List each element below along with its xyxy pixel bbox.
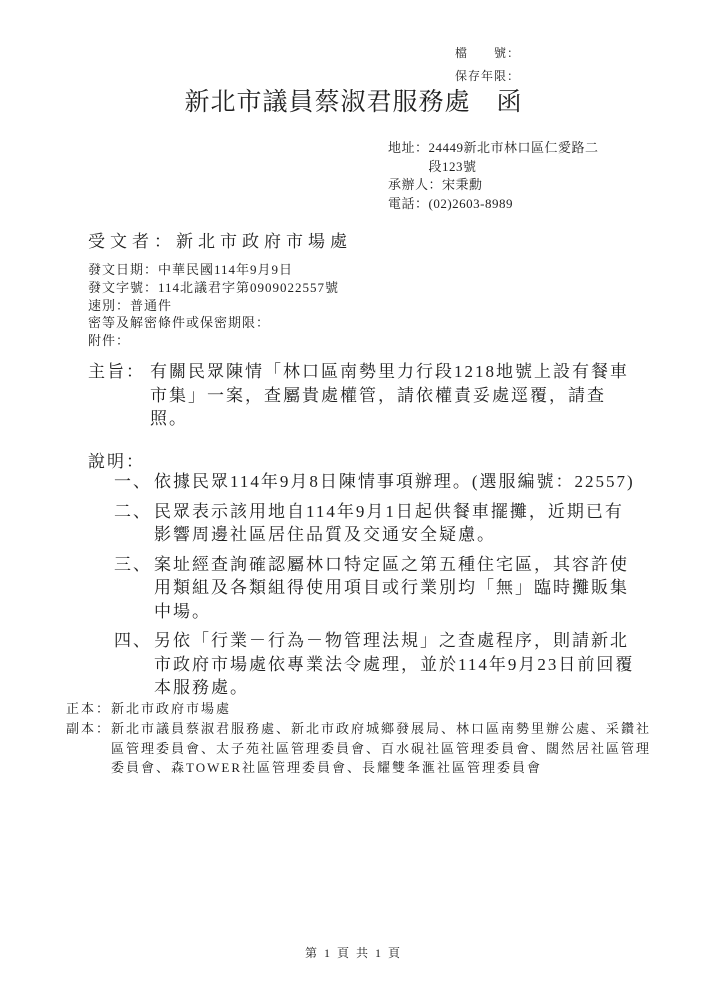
distribution-block: 正本： 新北市政府市場處 副本： 新北市議員蔡淑君服務處、新北市政府城鄉發展局、… <box>66 699 651 778</box>
item-4-text: 另依「行業－行為－物管理法規」之查處程序，則請新北市政府市場處依專業法令處理，並… <box>154 629 638 700</box>
document-meta-block: 發文日期： 中華民國114年9月9日 發文字號： 114北議君字第0909022… <box>88 261 339 350</box>
recipient-value: 新北市政府市場處 <box>176 227 352 252</box>
document-title: 新北市議員蔡淑君服務處 函 <box>0 82 707 118</box>
contact-label: 承辦人： <box>388 176 442 195</box>
copy-value: 新北市議員蔡淑君服務處、新北市政府城鄉發展局、林口區南勢里辦公處、采鑽社區管理委… <box>111 719 651 778</box>
recipient-label: 受文者： <box>88 227 176 252</box>
sender-contact-row: 承辦人： 宋秉勳 <box>388 176 620 195</box>
explanation-item-2: 二、 民眾表示該用地自114年9月1日起供餐車擺攤，近期已有影響周邊社區居住品質… <box>114 500 638 547</box>
security-class-label: 密等及解密條件或保密期限： <box>88 314 270 332</box>
sender-address-row: 地址： 24449新北市林口區仁愛路二段123號 <box>388 139 620 176</box>
speed-class-label: 速別： <box>88 297 130 315</box>
item-1-text: 依據民眾114年9月8日陳情事項辦理。(選服編號：22557) <box>154 470 638 494</box>
explanation-item-1: 一、 依據民眾114年9月8日陳情事項辦理。(選服編號：22557) <box>114 470 638 494</box>
speed-class-row: 速別： 普通件 <box>88 297 339 315</box>
attachment-row: 附件： <box>88 332 339 350</box>
phone-label: 電話： <box>388 195 429 214</box>
recipient-line: 受文者： 新北市政府市場處 <box>88 227 352 252</box>
explanation-item-3: 三、 案址經查詢確認屬林口特定區之第五種住宅區，其容許使用類組及各類組得使用項目… <box>114 553 638 624</box>
original-label: 正本： <box>66 699 111 719</box>
sender-info-block: 地址： 24449新北市林口區仁愛路二段123號 承辦人： 宋秉勳 電話： (0… <box>388 139 620 213</box>
speed-class-value: 普通件 <box>130 297 172 315</box>
subject-block: 主旨： 有關民眾陳情「林口區南勢里力行段1218地號上設有餐車市集」一案，查屬貴… <box>88 360 636 431</box>
subject-text: 有關民眾陳情「林口區南勢里力行段1218地號上設有餐車市集」一案，查屬貴處權管，… <box>150 360 636 431</box>
security-class-row: 密等及解密條件或保密期限： <box>88 314 339 332</box>
item-4-number: 四、 <box>114 629 154 653</box>
original-value: 新北市政府市場處 <box>111 699 651 719</box>
issue-date-label: 發文日期： <box>88 261 158 279</box>
item-3-text: 案址經查詢確認屬林口特定區之第五種住宅區，其容許使用類組及各類組得使用項目或行業… <box>154 553 638 624</box>
original-recipient-row: 正本： 新北市政府市場處 <box>66 699 651 719</box>
phone-value: (02)2603-8989 <box>429 195 607 214</box>
explanation-label: 說明： <box>88 447 145 472</box>
item-3-number: 三、 <box>114 553 154 577</box>
item-2-number: 二、 <box>114 500 154 524</box>
issue-date-value: 中華民國114年9月9日 <box>158 261 293 279</box>
page-number-indicator: 第 1 頁 共 1 頁 <box>0 944 707 961</box>
copy-label: 副本： <box>66 719 111 739</box>
file-number-label: 檔 號： <box>455 42 520 65</box>
sender-phone-row: 電話： (02)2603-8989 <box>388 195 620 214</box>
item-1-number: 一、 <box>114 470 154 494</box>
doc-number-row: 發文字號： 114北議君字第0909022557號 <box>88 279 339 297</box>
contact-value: 宋秉勳 <box>442 176 620 195</box>
copy-recipient-row: 副本： 新北市議員蔡淑君服務處、新北市政府城鄉發展局、林口區南勢里辦公處、采鑽社… <box>66 719 651 778</box>
issue-date-row: 發文日期： 中華民國114年9月9日 <box>88 261 339 279</box>
explanation-item-4: 四、 另依「行業－行為－物管理法規」之查處程序，則請新北市政府市場處依專業法令處… <box>114 629 638 700</box>
attachment-label: 附件： <box>88 332 130 350</box>
address-value: 24449新北市林口區仁愛路二段123號 <box>429 139 607 176</box>
official-letter-document: 檔 號： 保存年限： 新北市議員蔡淑君服務處 函 地址： 24449新北市林口區… <box>0 0 707 1000</box>
subject-label: 主旨： <box>88 360 150 384</box>
address-label: 地址： <box>388 139 429 158</box>
item-2-text: 民眾表示該用地自114年9月1日起供餐車擺攤，近期已有影響周邊社區居住品質及交通… <box>154 500 638 547</box>
doc-number-value: 114北議君字第0909022557號 <box>158 279 339 297</box>
doc-number-label: 發文字號： <box>88 279 158 297</box>
explanation-items: 一、 依據民眾114年9月8日陳情事項辦理。(選服編號：22557) 二、 民眾… <box>114 470 638 706</box>
